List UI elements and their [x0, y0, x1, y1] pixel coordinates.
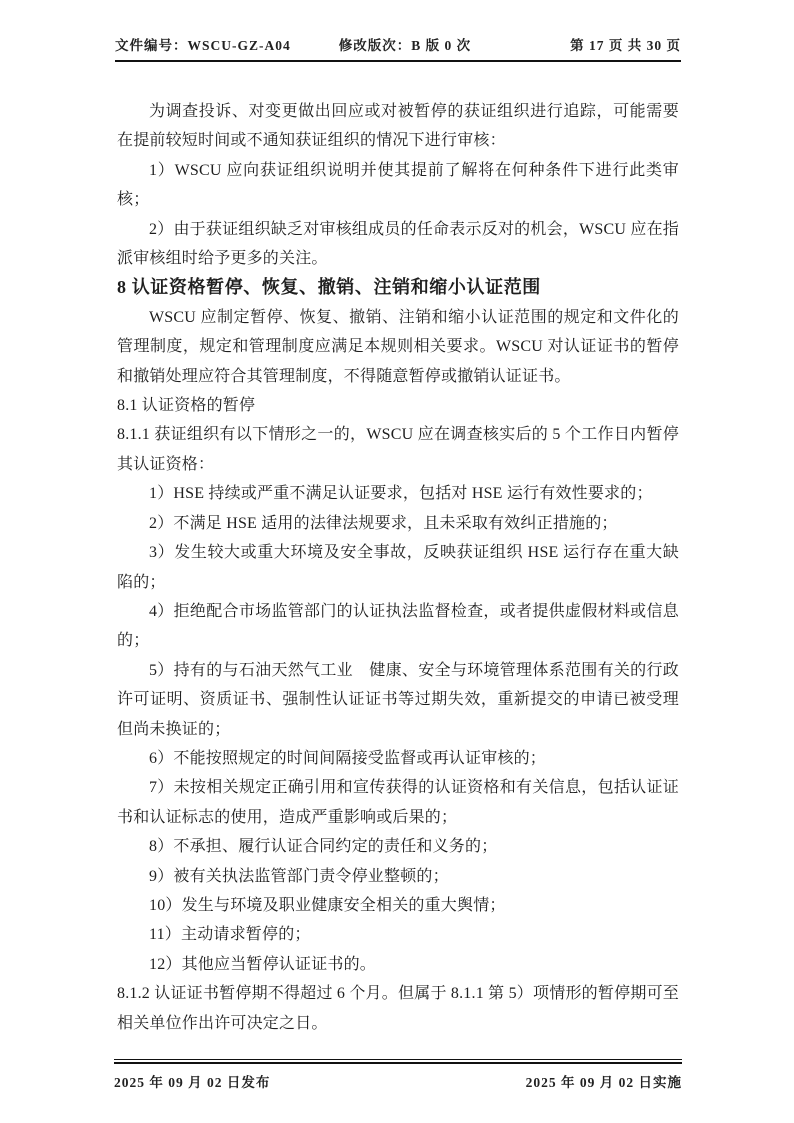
paragraph: 3）发生较大或重大环境及安全事故，反映获证组织 HSE 运行存在重大缺陷的； [117, 538, 679, 597]
doc-number-label: 文件编号：WSCU-GZ-A04 [115, 34, 291, 54]
footer-row: 2025 年 09 月 02 日发布 2025 年 09 月 02 日实施 [114, 1071, 682, 1091]
paragraph: 8.1.1 获证组织有以下情形之一的，WSCU 应在调查核实后的 5 个工作日内… [117, 420, 679, 479]
page-indicator: 第 17 页 共 30 页 [570, 34, 681, 54]
page-footer: 2025 年 09 月 02 日发布 2025 年 09 月 02 日实施 [114, 1059, 682, 1091]
paragraph: 9）被有关执法监管部门责令停业整顿的； [117, 862, 679, 891]
paragraph: 2）由于获证组织缺乏对审核组成员的任命表示反对的机会，WSCU 应在指派审核组时… [117, 215, 679, 274]
release-date: 2025 年 09 月 02 日发布 [114, 1071, 270, 1091]
paragraph: 7）未按相关规定正确引用和宣传获得的认证资格和有关信息，包括认证证书和认证标志的… [117, 773, 679, 832]
paragraph: 1）WSCU 应向获证组织说明并使其提前了解将在何种条件下进行此类审核； [117, 156, 679, 215]
revision-label: 修改版次：B 版 0 次 [339, 34, 471, 54]
paragraph: 6）不能按照规定的时间间隔接受监督或再认证审核的； [117, 744, 679, 773]
header-rule [115, 60, 681, 62]
paragraph: 12）其他应当暂停认证证书的。 [117, 950, 679, 979]
paragraph: WSCU 应制定暂停、恢复、撤销、注销和缩小认证范围的规定和文件化的管理制度，规… [117, 303, 679, 391]
paragraph: 8.1.2 认证证书暂停期不得超过 6 个月。但属于 8.1.1 第 5）项情形… [117, 979, 679, 1038]
page-header: 文件编号：WSCU-GZ-A04 修改版次：B 版 0 次 第 17 页 共 3… [115, 34, 681, 62]
footer-rule-thick [114, 1062, 682, 1064]
paragraph: 为调查投诉、对变更做出回应或对被暂停的获证组织进行追踪，可能需要在提前较短时间或… [117, 97, 679, 156]
paragraph: 8）不承担、履行认证合同约定的责任和义务的； [117, 832, 679, 861]
paragraph: 11）主动请求暂停的； [117, 920, 679, 949]
footer-rule [114, 1059, 682, 1064]
document-body: 为调查投诉、对变更做出回应或对被暂停的获证组织进行追踪，可能需要在提前较短时间或… [117, 97, 679, 1038]
footer-rule-thin [114, 1059, 682, 1060]
implement-date: 2025 年 09 月 02 日实施 [526, 1071, 682, 1091]
paragraph: 2）不满足 HSE 适用的法律法规要求，且未采取有效纠正措施的； [117, 509, 679, 538]
section-heading: 8 认证资格暂停、恢复、撤销、注销和缩小认证范围 [117, 273, 679, 302]
paragraph: 8.1 认证资格的暂停 [117, 391, 679, 420]
document-page: 文件编号：WSCU-GZ-A04 修改版次：B 版 0 次 第 17 页 共 3… [0, 0, 794, 1123]
paragraph: 4）拒绝配合市场监管部门的认证执法监督检查，或者提供虚假材料或信息的； [117, 597, 679, 656]
paragraph: 5）持有的与石油天然气工业 健康、安全与环境管理体系范围有关的行政许可证明、资质… [117, 656, 679, 744]
paragraph: 1）HSE 持续或严重不满足认证要求，包括对 HSE 运行有效性要求的； [117, 479, 679, 508]
paragraph: 10）发生与环境及职业健康安全相关的重大舆情； [117, 891, 679, 920]
header-row: 文件编号：WSCU-GZ-A04 修改版次：B 版 0 次 第 17 页 共 3… [115, 34, 681, 54]
